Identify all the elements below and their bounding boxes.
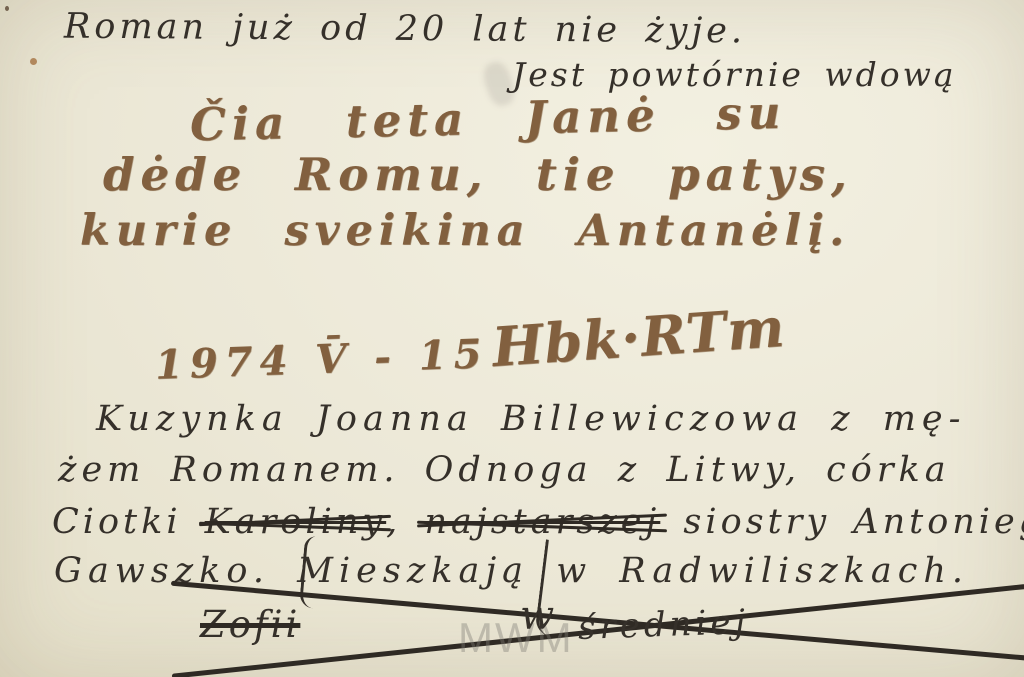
handwritten-line-8: Ciotki Karoliny, najstarszej siostry Ant…: [52, 505, 1024, 540]
handwritten-line-5-brown: kurie sveikina Antanėlį.: [80, 210, 850, 253]
photo-back-paper: Roman już od 20 lat nie żyje. Jest powtó…: [0, 0, 1024, 677]
date-handwritten: 1974 V̄ - 15: [154, 334, 489, 386]
crossed-out-word: najstarszej: [424, 502, 660, 542]
museum-watermark: MWM: [458, 614, 574, 662]
ink-speck: [30, 58, 37, 65]
handwritten-line-7: żem Romanem. Odnoga z Litwy, córka: [58, 453, 951, 488]
line9-text: w Radwiliszkach.: [556, 551, 969, 591]
inserted-w-mark: w: [520, 596, 554, 636]
line8-text: siostry Antoniego: [660, 502, 1024, 542]
line9-text: Gawszko.: [54, 551, 270, 591]
ink-speck: [5, 6, 9, 11]
handwritten-line-4-brown: dėde Romu, tie patys,: [103, 152, 853, 197]
crossed-out-word: Karoliny: [205, 502, 387, 542]
handwritten-line-1: Roman już od 20 lat nie żyje.: [64, 10, 746, 50]
handwritten-line-10: średniej: [577, 605, 749, 645]
line8-text: Ciotki: [52, 502, 205, 542]
signature-scribble: Hbk·RTm: [490, 300, 786, 374]
handwritten-line-6: Kuzynka Joanna Billewiczowa z mę-: [96, 402, 966, 437]
handwritten-line-3-brown: Čia teta Janė su: [190, 90, 787, 147]
